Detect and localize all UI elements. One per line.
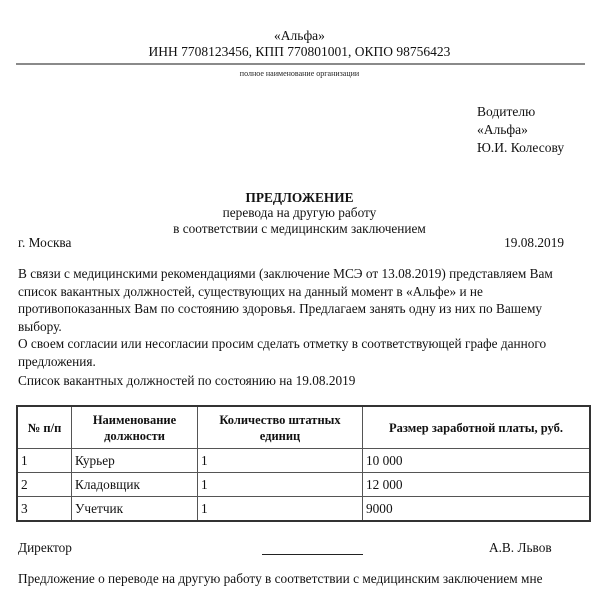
organization-caption: полное наименование организации — [0, 68, 599, 79]
document-subtitle-1: перевода на другую работу — [0, 205, 599, 221]
signature-line — [262, 554, 363, 555]
cell-number: 3 — [17, 497, 72, 522]
table-row: 2 Кладовщик 1 12 000 — [17, 473, 590, 497]
organization-name: «Альфа» — [0, 27, 599, 44]
cell-position: Кладовщик — [72, 473, 198, 497]
table-row: 3 Учетчик 1 9000 — [17, 497, 590, 522]
header-number: № п/п — [17, 406, 72, 449]
document-body: В связи с медицинскими рекомендациями (з… — [18, 265, 584, 370]
document-date: 19.08.2019 — [504, 235, 564, 251]
cell-salary: 12 000 — [363, 473, 591, 497]
cell-quantity: 1 — [198, 449, 363, 473]
organization-underline — [16, 63, 585, 65]
cell-quantity: 1 — [198, 497, 363, 522]
cell-position: Учетчик — [72, 497, 198, 522]
table-header-row: № п/п Наименование должности Количество … — [17, 406, 590, 449]
header-position: Наименование должности — [72, 406, 198, 449]
addressee-position: Водителю — [477, 103, 564, 121]
table-row: 1 Курьер 1 10 000 — [17, 449, 590, 473]
acknowledgement-text: Предложение о переводе на другую работу … — [18, 571, 542, 587]
cell-number: 2 — [17, 473, 72, 497]
header-quantity: Количество штатных единиц — [198, 406, 363, 449]
addressee-block: Водителю «Альфа» Ю.И. Колесову — [477, 103, 564, 157]
body-paragraph-1: В связи с медицинскими рекомендациями (з… — [18, 265, 584, 335]
body-paragraph-2: О своем согласии или несогласии просим с… — [18, 335, 584, 370]
document-title: ПРЕДЛОЖЕНИЕ — [0, 190, 599, 206]
header-salary: Размер заработной платы, руб. — [363, 406, 591, 449]
cell-salary: 10 000 — [363, 449, 591, 473]
signatory-role: Директор — [18, 540, 72, 556]
cell-quantity: 1 — [198, 473, 363, 497]
signatory-name: А.В. Львов — [489, 540, 552, 556]
addressee-name: Ю.И. Колесову — [477, 139, 564, 157]
addressee-organization: «Альфа» — [477, 121, 564, 139]
cell-salary: 9000 — [363, 497, 591, 522]
organization-ids: ИНН 7708123456, КПП 770801001, ОКПО 9875… — [0, 43, 599, 60]
document-city: г. Москва — [18, 235, 71, 251]
vacancies-table: № п/п Наименование должности Количество … — [16, 405, 591, 522]
cell-number: 1 — [17, 449, 72, 473]
cell-position: Курьер — [72, 449, 198, 473]
vacancy-list-title: Список вакантных должностей по состоянию… — [18, 373, 355, 389]
